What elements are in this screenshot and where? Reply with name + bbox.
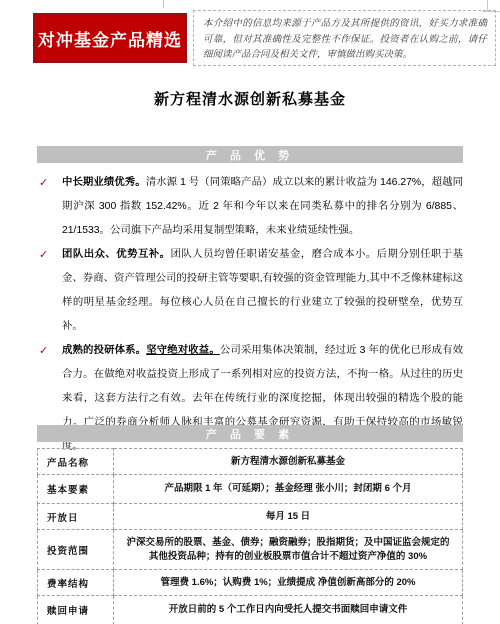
row-value: 每月 15 日 [114, 504, 463, 530]
check-icon: ✓ [39, 243, 48, 267]
table-row: 投资范围 沪深交易所的股票、基金、债券；融资融券；股指期货；及中国证监会规定的其… [38, 530, 463, 570]
row-label: 开放日 [38, 504, 114, 530]
table-row: 基本要素 产品期限 1 年（可延期）；基金经理 张小川；封闭期 6 个月 [38, 475, 463, 504]
row-value: 新方程清水源创新私募基金 [114, 449, 463, 475]
row-value: 产品期限 1 年（可延期）；基金经理 张小川；封闭期 6 个月 [114, 475, 463, 504]
advantages-list: ✓ 中长期业绩优秀。清水源 1 号（同策略产品）成立以来的累计收益为 146.2… [37, 171, 463, 459]
row-value: 开放日前的 5 个工作日内向受托人提交书面赎回申请文件 [114, 596, 463, 624]
table-row: 费率结构 管理费 1.6%；认购费 1%；业绩提成 净值创新高部分的 20% [38, 570, 463, 596]
row-label: 赎回申请 [38, 596, 114, 624]
product-elements-table: 产品名称 新方程清水源创新私募基金 基本要素 产品期限 1 年（可延期）；基金经… [37, 448, 463, 624]
bullet-lead: 中长期业绩优秀。 [62, 177, 146, 188]
bullet-lead-underlined: 坚守绝对收益。 [146, 345, 220, 356]
section-banner-advantages: 产 品 优 势 [37, 146, 463, 163]
bullet-lead: 成熟的投研体系。 [62, 345, 146, 356]
masthead-red-box: 对冲基金产品精选 [33, 13, 187, 63]
bullet-lead: 团队出众、优势互补。 [62, 249, 171, 260]
table-row: 赎回申请 开放日前的 5 个工作日内向受托人提交书面赎回申请文件 [38, 596, 463, 624]
page-title: 新方程清水源创新私募基金 [0, 88, 500, 109]
section-heading-elements: 产 品 要 素 [206, 426, 294, 442]
row-label: 产品名称 [38, 449, 114, 475]
table-row: 开放日 每月 15 日 [38, 504, 463, 530]
check-icon: ✓ [39, 171, 48, 195]
row-label: 投资范围 [38, 530, 114, 570]
document-page: 对冲基金产品精选 本介绍中的信息均来源于产品方及其所提供的资讯，好买力求准确可靠… [0, 0, 500, 624]
list-item: ✓ 中长期业绩优秀。清水源 1 号（同策略产品）成立以来的累计收益为 146.2… [37, 171, 463, 243]
list-item: ✓ 团队出众、优势互补。团队人员均曾任职诺安基金，磨合成本小。后期分别任职于基金… [37, 243, 463, 339]
row-value: 沪深交易所的股票、基金、债券；融资融券；股指期货；及中国证监会规定的其他投资品种… [114, 530, 463, 570]
row-label: 基本要素 [38, 475, 114, 504]
row-value: 管理费 1.6%；认购费 1%；业绩提成 净值创新高部分的 20% [114, 570, 463, 596]
disclaimer-text: 本介绍中的信息均来源于产品方及其所提供的资讯，好买力求准确可靠，但对其准确性及完… [203, 19, 487, 60]
check-icon: ✓ [39, 339, 48, 363]
section-heading-advantages: 产 品 优 势 [206, 147, 294, 163]
masthead-title: 对冲基金产品精选 [38, 26, 182, 51]
disclaimer-box: 本介绍中的信息均来源于产品方及其所提供的资讯，好买力求准确可靠，但对其准确性及完… [193, 10, 496, 66]
table-row: 产品名称 新方程清水源创新私募基金 [38, 449, 463, 475]
bullet-body: 团队人员均曾任职诺安基金，磨合成本小。后期分别任职于基金、券商、资产管理公司的投… [62, 249, 463, 332]
row-label: 费率结构 [38, 570, 114, 596]
text-boundary-mark [163, 0, 164, 8]
section-banner-elements: 产 品 要 素 [37, 425, 463, 442]
